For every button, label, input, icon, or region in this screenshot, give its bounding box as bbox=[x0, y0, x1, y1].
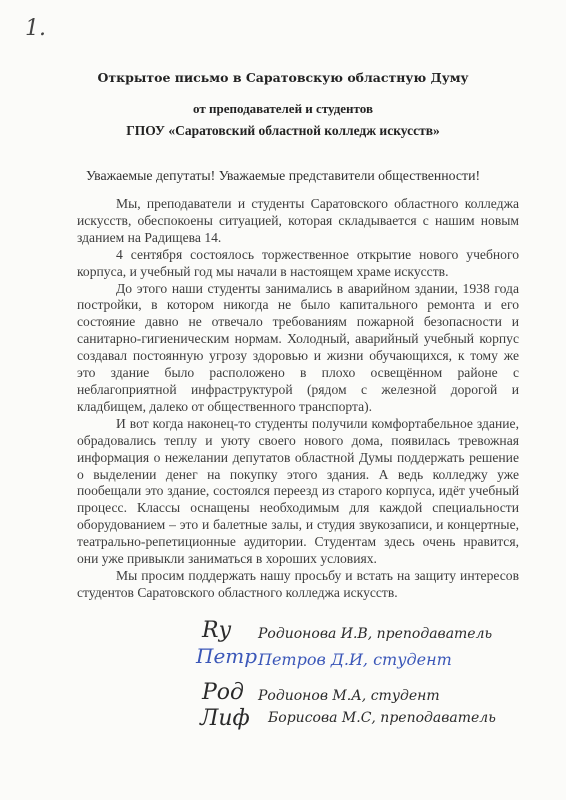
signature-line: Родионов М.А, студент bbox=[258, 688, 440, 704]
paragraph: 4 сентября состоялось торжественное откр… bbox=[77, 247, 519, 281]
signature-mark: Rу bbox=[202, 618, 231, 643]
signature-block: Rу Родионова И.В, преподаватель Петр Пет… bbox=[196, 622, 566, 782]
paragraph: До этого наши студенты занимались в авар… bbox=[77, 281, 519, 416]
paragraph: Мы просим поддержать нашу просьбу и вста… bbox=[77, 568, 519, 602]
signature-mark: Лиф bbox=[200, 706, 250, 731]
signature-line: Борисова М.С, преподаватель bbox=[268, 710, 496, 726]
handwritten-page-number: 1. bbox=[25, 16, 46, 41]
paragraph: И вот когда наконец-то студенты получили… bbox=[77, 416, 519, 568]
signature-line: Родионова И.В, преподаватель bbox=[258, 626, 492, 642]
letter-body: Мы, преподаватели и студенты Саратовског… bbox=[77, 196, 519, 602]
signature-mark: Петр bbox=[196, 644, 257, 668]
letter-subtitle-institution: ГПОУ «Саратовский областной колледж иску… bbox=[0, 123, 566, 139]
paragraph: Мы, преподаватели и студенты Саратовског… bbox=[77, 196, 519, 247]
letter-subtitle-senders: от преподавателей и студентов bbox=[0, 101, 566, 117]
letter-greeting: Уважаемые депутаты! Уважаемые представит… bbox=[0, 168, 566, 184]
signature-mark: Род bbox=[202, 680, 244, 705]
signature-line: Петров Д.И, студент bbox=[258, 650, 452, 669]
letter-title: Открытое письмо в Саратовскую областную … bbox=[0, 70, 566, 85]
